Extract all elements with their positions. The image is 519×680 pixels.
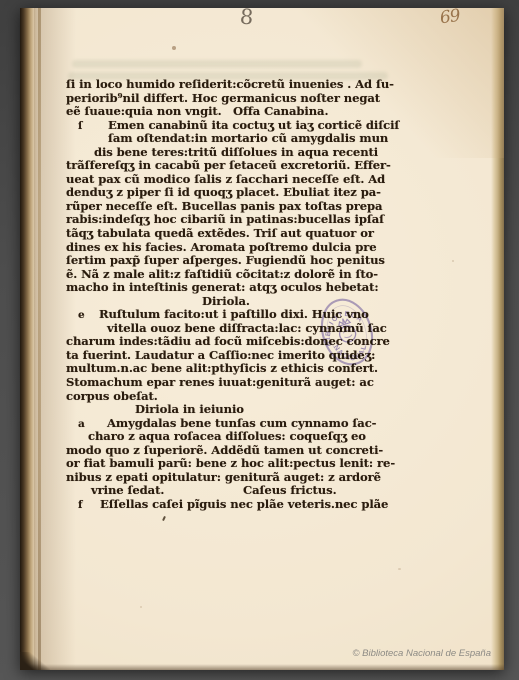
paper-speck xyxy=(452,260,454,262)
line-text: ſi in loco humido reſiderit:cõcretũ inue… xyxy=(66,77,394,91)
text-line: rabis:indeſqʒ hoc cibariũ in patinas:buc… xyxy=(66,213,402,227)
text-line: nibus z epati opitulatur: geniturã auget… xyxy=(66,471,402,485)
text-line: ſam oſtendat:in mortario cũ amygdalis mu… xyxy=(66,132,402,146)
line-text: charo z aqua roſacea diſſolues: coqueſqʒ… xyxy=(88,429,366,443)
copyright-notice: © Biblioteca Nacional de España xyxy=(352,648,491,659)
line-text: Diriola. xyxy=(202,294,250,308)
line-text: ſam oſtendat:in mortario cũ amygdalis mu… xyxy=(108,131,388,145)
line-text: trãſfereſqʒ in cacabũ per ſetaceũ excret… xyxy=(66,158,391,172)
page-bottom-edge xyxy=(20,664,504,670)
text-line: rũper neceſſe eſt. Bucellas panis pax to… xyxy=(66,200,402,214)
guide-letter: ſ xyxy=(78,120,82,134)
text-line: eẽ ſuaue:quia non vngit.Offa Canabina. xyxy=(66,105,402,119)
line-text: tãqʒ tabulata quedã extẽdes. Triſ aut qu… xyxy=(66,226,374,240)
line-text: corpus obeſat. xyxy=(66,389,158,403)
line-text: dis bene teres:tritũ diſſolues in aqua r… xyxy=(94,145,378,159)
line-text: eẽ ſuaue:quia non vngit. xyxy=(66,104,222,118)
line-text: periorib⁹nil differt. Hoc germanicus noſ… xyxy=(66,91,380,105)
text-line: aAmygdalas bene tunſas cum cynnamo ſac- xyxy=(66,417,402,431)
text-line: modo quo z ſuperiorẽ. Addẽdũ tamen ut co… xyxy=(66,444,402,458)
guide-letter: a xyxy=(78,418,85,432)
recipe-heading: Caſeus frictus. xyxy=(243,484,337,498)
text-line: corpus obeſat. xyxy=(66,390,402,404)
text-line: or fiat bamuli parũ: bene z hoc alit:pec… xyxy=(66,457,402,471)
line-text: rũper neceſſe eſt. Bucellas panis pax to… xyxy=(66,199,382,213)
page-corner-bottom-left xyxy=(20,652,50,670)
handwritten-numeral-8: 8 xyxy=(239,8,254,30)
line-text: rabis:indeſqʒ hoc cibariũ in patinas:buc… xyxy=(66,212,384,226)
line-text: ẽ. Nã z male alit:z faſtidiũ cõcitat:z d… xyxy=(66,267,378,281)
text-line: dines ex his facies. Aromata poſtremo du… xyxy=(66,241,402,255)
line-text: ueat pax cũ modico ſalis z ſacchari nece… xyxy=(66,172,385,186)
text-line: Stomachum epar renes iuuat:geniturã auge… xyxy=(66,376,402,390)
recipe-heading: Offa Canabina. xyxy=(233,105,328,119)
line-text: Emen canabinũ ita coctuʒ ut iaʒ corticẽ … xyxy=(108,118,399,132)
text-line: Diriola in ieiunio xyxy=(66,403,402,417)
text-line: vrine ſedat.Caſeus frictus. xyxy=(66,484,402,498)
line-text: ſertim paxp̃ ſuper aſperges. Fugiendũ ho… xyxy=(66,253,385,267)
text-line: tãqʒ tabulata quedã extẽdes. Triſ aut qu… xyxy=(66,227,402,241)
text-line: charo z aqua roſacea diſſolues: coqueſqʒ… xyxy=(66,430,402,444)
text-line: denduʒ z piper ſi id quoqʒ placet. Ebuli… xyxy=(66,186,402,200)
text-line: periorib⁹nil differt. Hoc germanicus noſ… xyxy=(66,92,402,106)
line-text: Amygdalas bene tunſas cum cynnamo ſac- xyxy=(107,416,376,430)
book-page-scan: 8 69 ſi in loco humido reſiderit:cõcretũ… xyxy=(20,8,504,670)
text-line: ẽ. Nã z male alit:z faſtidiũ cõcitat:z d… xyxy=(66,268,402,282)
text-line: ſi in loco humido reſiderit:cõcretũ inue… xyxy=(66,78,402,92)
line-text: denduʒ z piper ſi id quoqʒ placet. Ebuli… xyxy=(66,185,381,199)
paper-speck xyxy=(398,568,401,570)
text-line: fEſſellas caſei pĩguis nec plãe veteris.… xyxy=(66,498,402,512)
line-text: macho in inteſtinis generat: atqʒ oculos… xyxy=(66,280,379,294)
text-line: ſEmen canabinũ ita coctuʒ ut iaʒ corticẽ… xyxy=(66,119,402,133)
text-line: ueat pax cũ modico ſalis z ſacchari nece… xyxy=(66,173,402,187)
ink-showthrough xyxy=(72,60,362,68)
line-text: vrine ſedat. xyxy=(91,483,164,497)
line-text: Eſſellas caſei pĩguis nec plãe veteris.n… xyxy=(100,497,388,511)
line-text: Diriola in ieiunio xyxy=(135,402,244,416)
guide-letter: e xyxy=(78,309,85,323)
line-text: or fiat bamuli parũ: bene z hoc alit:pec… xyxy=(66,456,395,470)
viewer-background: 8 69 ſi in loco humido reſiderit:cõcretũ… xyxy=(0,0,519,680)
line-text: Stomachum epar renes iuuat:geniturã auge… xyxy=(66,375,374,389)
text-line: ſertim paxp̃ ſuper aſperges. Fugiendũ ho… xyxy=(66,254,402,268)
line-text: nibus z epati opitulatur: geniturã auget… xyxy=(66,470,381,484)
text-line: trãſfereſqʒ in cacabũ per ſetaceũ excret… xyxy=(66,159,402,173)
paper-speck xyxy=(172,46,176,50)
text-line: dis bene teres:tritũ diſſolues in aqua r… xyxy=(66,146,402,160)
stray-ink-mark xyxy=(162,516,166,521)
guide-letter: f xyxy=(78,499,82,513)
paper-speck xyxy=(140,606,142,608)
handwritten-folio-69: 69 xyxy=(439,8,461,28)
line-text: modo quo z ſuperiorẽ. Addẽdũ tamen ut co… xyxy=(66,443,383,457)
line-text: dines ex his facies. Aromata poſtremo du… xyxy=(66,240,377,254)
